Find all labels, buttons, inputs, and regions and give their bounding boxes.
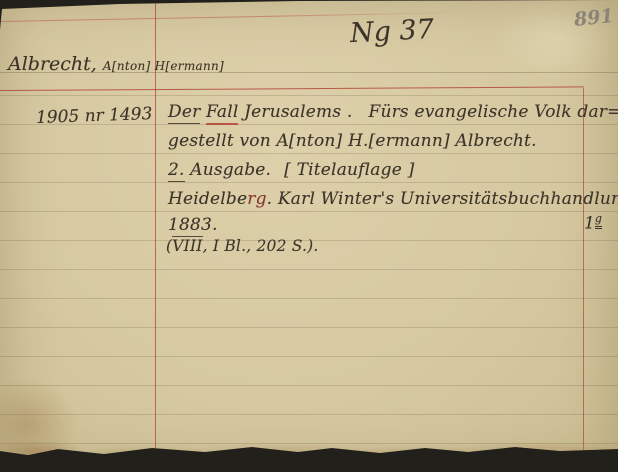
author-forenames: A[nton] H[ermann] bbox=[103, 59, 224, 73]
entry-year-line: 1883. bbox=[168, 215, 218, 235]
format-mark-base: 1 bbox=[584, 214, 595, 234]
entry-statement-line: gestellt von A[nton] H.[ermann] Albrecht… bbox=[168, 131, 537, 151]
entry-imprint-line: Heidelberg. Karl Winter's Universitätsbu… bbox=[168, 189, 618, 209]
author-surname: Albrecht, bbox=[8, 53, 97, 75]
collation-rest: , I Bl., 202 S.). bbox=[203, 237, 319, 255]
entry-edition-line: 2. Ausgabe.[ Titelauflage ] bbox=[168, 160, 414, 180]
subtitle: Fürs evangelische Volk dar= bbox=[368, 102, 618, 122]
entry-collation-line: (VIII, I Bl., 202 S.). bbox=[166, 237, 319, 255]
place-name-red-correction: rg bbox=[247, 189, 266, 209]
edition-word: Ausgabe. bbox=[185, 160, 272, 180]
title-rest: Jerusalems . bbox=[238, 102, 352, 122]
title-word-der: Der bbox=[168, 102, 200, 124]
edition-bracket-note: [ Titelauflage ] bbox=[284, 160, 414, 180]
red-rule-right-margin bbox=[583, 88, 584, 456]
title-word-fall: Fall bbox=[206, 102, 238, 125]
edition-number: 2. bbox=[168, 160, 185, 182]
collation-roman-numeral: VIII bbox=[172, 236, 202, 255]
accession-number: 1905 nr 1493 bbox=[36, 104, 153, 128]
catalog-card: Ng 37 891 Albrecht, A[nton] H[ermann] 19… bbox=[0, 0, 618, 472]
card-number: Ng 37 bbox=[349, 14, 434, 49]
format-shelf-mark: 1g bbox=[584, 212, 602, 234]
place-name: Heidelbe bbox=[168, 189, 247, 209]
red-rule-heading bbox=[0, 86, 584, 91]
publisher: . Karl Winter's Universitätsbuchhandlung… bbox=[267, 189, 618, 209]
entry-title-line: Der Fall Jerusalems .Fürs evangelische V… bbox=[168, 102, 618, 122]
author-heading: Albrecht, A[nton] H[ermann] bbox=[8, 53, 224, 75]
pencil-corner-number: 891 bbox=[573, 5, 615, 31]
format-mark-superscript: g bbox=[595, 212, 602, 229]
